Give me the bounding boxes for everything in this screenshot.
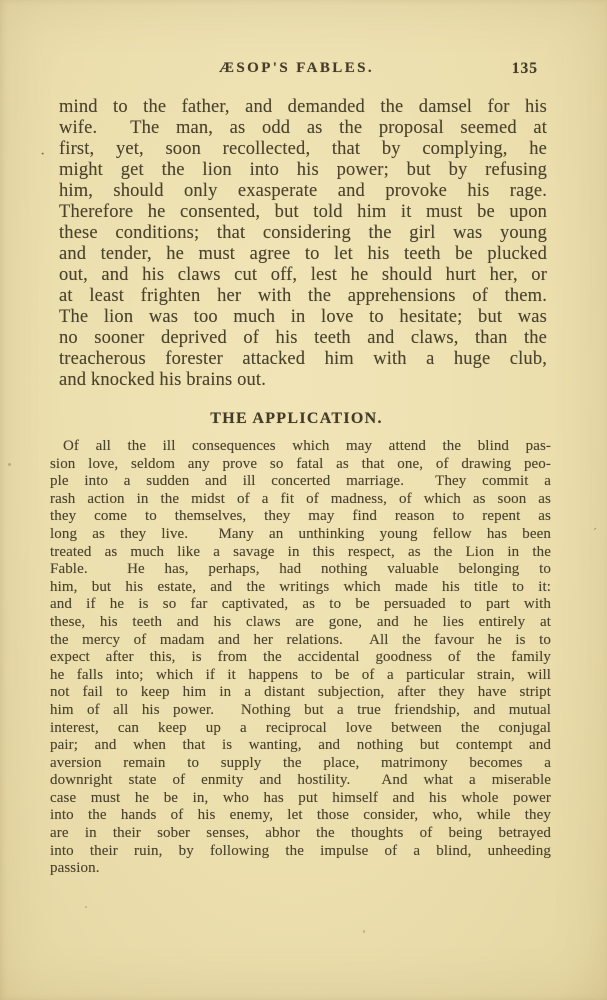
text-line: case must he be in, who has put himself … [50, 790, 551, 808]
text-line: he falls into; which if it happens to be… [50, 667, 551, 685]
text-line: interest, can keep up a reciprocal love … [50, 720, 551, 738]
text-line: expect after this, is from the accidenta… [50, 649, 551, 667]
text-line: into the hands of his enemy, let those c… [50, 807, 551, 825]
text-line: these conditions; that considering the g… [59, 223, 547, 244]
text-line: Therefore he consented, but told him it … [59, 202, 547, 223]
text-line: treacherous forester attacked him with a… [59, 349, 547, 370]
text-line: and if he is so far captivated, as to be… [50, 596, 551, 614]
text-line: at least frighten her with the apprehens… [59, 286, 547, 307]
application-paragraph: Of all the ill consequences which may at… [50, 438, 551, 878]
text-line: Of all the ill consequences which may at… [50, 438, 551, 456]
fable-continuation-paragraph: mind to the father, and demanded the dam… [59, 97, 547, 391]
text-line: passion. [50, 860, 551, 878]
text-line: The lion was too much in love to hesitat… [59, 307, 547, 328]
text-line: downright state of enmity and hostility.… [50, 772, 551, 790]
text-line: mind to the father, and demanded the dam… [59, 97, 547, 118]
book-page: ÆSOP'S FABLES. 135 · mind to the father,… [0, 0, 607, 1000]
text-line: no sooner deprived of his teeth and claw… [59, 328, 547, 349]
paper-speck [85, 906, 87, 908]
margin-dot-mark: · [40, 146, 45, 164]
text-line: pair; and when that is wanting, and noth… [50, 737, 551, 755]
text-line: not fail to keep him in a distant subjec… [50, 684, 551, 702]
text-line: and knocked his brains out. [59, 370, 547, 391]
text-line: aversion remain to supply the place, mat… [50, 755, 551, 773]
text-line: him, but his estate, and the writings wh… [50, 579, 551, 597]
page-number: 135 [512, 60, 538, 78]
text-line: into their ruin, by following the impuls… [50, 843, 551, 861]
application-heading: THE APPLICATION. [0, 410, 593, 428]
paper-speck [363, 930, 365, 933]
running-head-title: ÆSOP'S FABLES. [0, 60, 593, 77]
text-line: Fable. He has, perhaps, had nothing valu… [50, 561, 551, 579]
text-line: might get the lion into his power; but b… [59, 160, 547, 181]
text-line: these, his teeth and his claws are gone,… [50, 614, 551, 632]
text-line: they come to themselves, they may find r… [50, 508, 551, 526]
text-line: are in their sober senses, abhor the tho… [50, 825, 551, 843]
text-line: treated as much like a savage in this re… [50, 544, 551, 562]
text-line: wife. The man, as odd as the proposal se… [59, 118, 547, 139]
text-line: him, should only exasperate and provoke … [59, 181, 547, 202]
stray-scan-mark: ′ [588, 525, 599, 539]
text-line: the mercy of madam and her relations. Al… [50, 632, 551, 650]
text-line: long as they live. Many an unthinking yo… [50, 526, 551, 544]
paper-speck [8, 463, 11, 466]
text-line: ple into a sudden and ill concerted marr… [50, 473, 551, 491]
text-line: first, yet, soon recollected, that by co… [59, 139, 547, 160]
text-line: rash action in the midst of a fit of mad… [50, 491, 551, 509]
text-line: and tender, he must agree to let his tee… [59, 244, 547, 265]
text-line: out, and his claws cut off, lest he shou… [59, 265, 547, 286]
text-line: him of all his power. Nothing but a true… [50, 702, 551, 720]
text-line: sion love, seldom any prove so fatal as … [50, 456, 551, 474]
